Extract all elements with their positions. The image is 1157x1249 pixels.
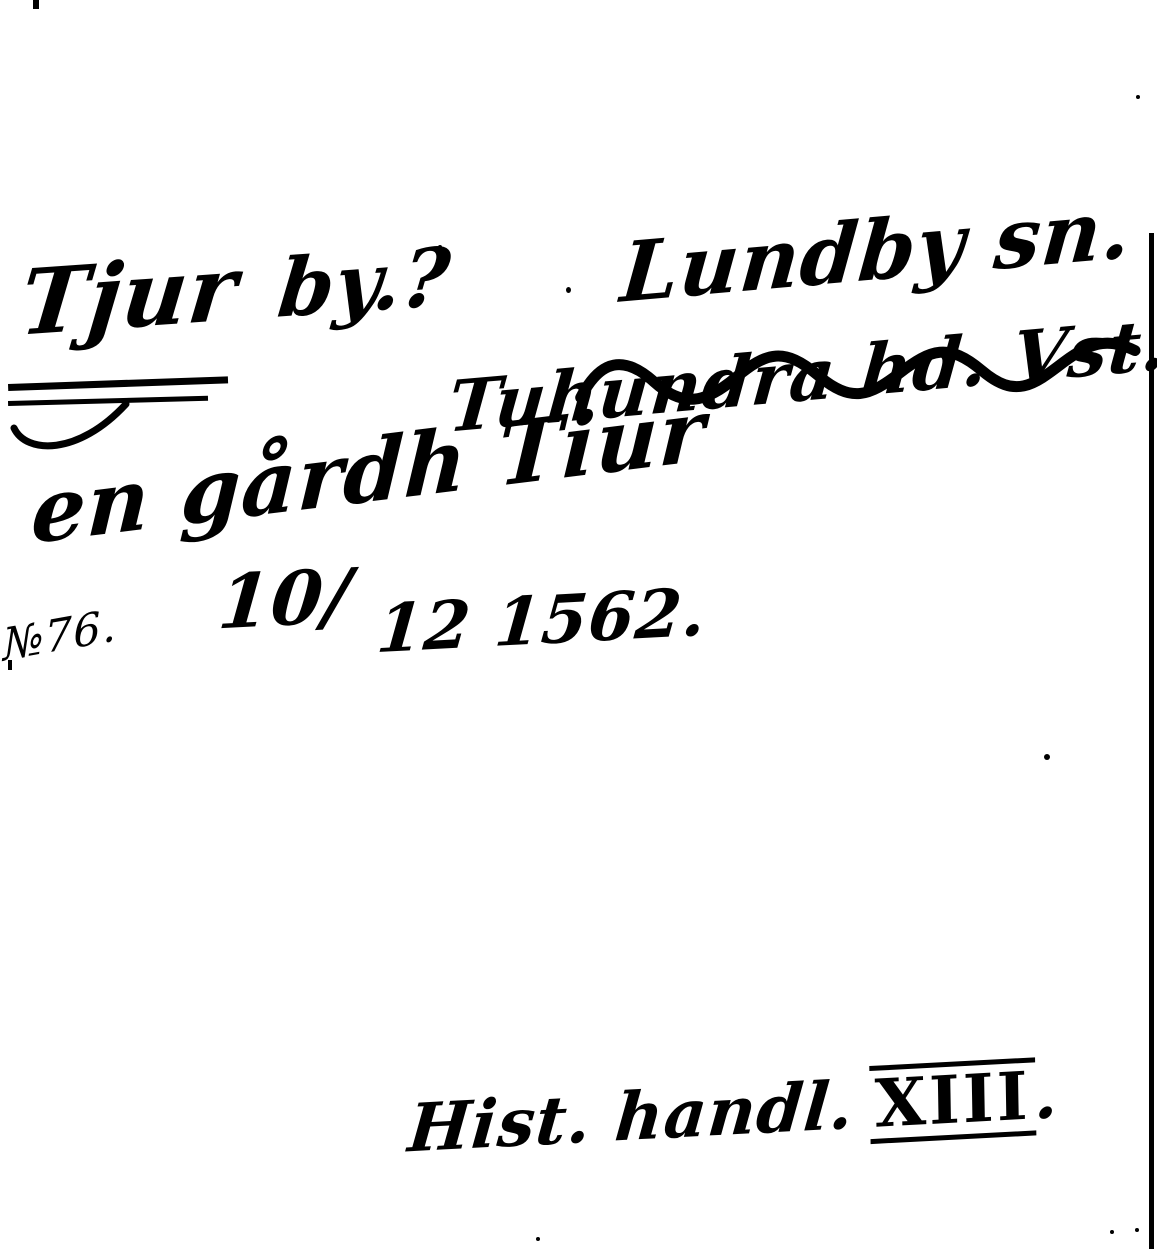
ink-speck: [8, 660, 12, 670]
reference-line: Hist. handl.XIII.: [405, 1056, 1063, 1169]
margin-note-text: №76.: [2, 600, 118, 672]
ink-speck: [33, 0, 39, 9]
ink-speck: [1044, 754, 1050, 760]
place-line: Tjurby.?: [16, 228, 455, 349]
reference-volume-roman-numeral: XIII: [869, 1057, 1036, 1144]
ink-speck: [1135, 1228, 1139, 1232]
date-day-month: 10/: [215, 559, 354, 640]
parish-name: Lundby sn.: [617, 180, 1136, 322]
place-qualifier: by.?: [274, 229, 456, 336]
ink-speck: [566, 287, 571, 293]
parish-line: Lundby sn.: [618, 187, 1135, 315]
margin-note: №76.: [2, 604, 117, 668]
date-line: 10/ 12 1562.: [215, 540, 712, 640]
place-name-underline-top: [8, 376, 228, 391]
ink-speck: [1110, 1230, 1114, 1234]
ink-speck: [536, 1237, 540, 1241]
archival-note-sheet: Tjurby.? Lundby sn. Tuhundra hd. Vst. en…: [0, 0, 1157, 1249]
reference-source: Hist. handl.: [405, 1066, 857, 1168]
date-year: 12 1562.: [374, 579, 709, 663]
place-name: Tjur: [16, 235, 243, 357]
ink-speck: [1136, 95, 1140, 99]
ink-speck: [438, 245, 442, 249]
reference-suffix: .: [1032, 1055, 1063, 1135]
scan-edge-line: [1149, 233, 1154, 1249]
